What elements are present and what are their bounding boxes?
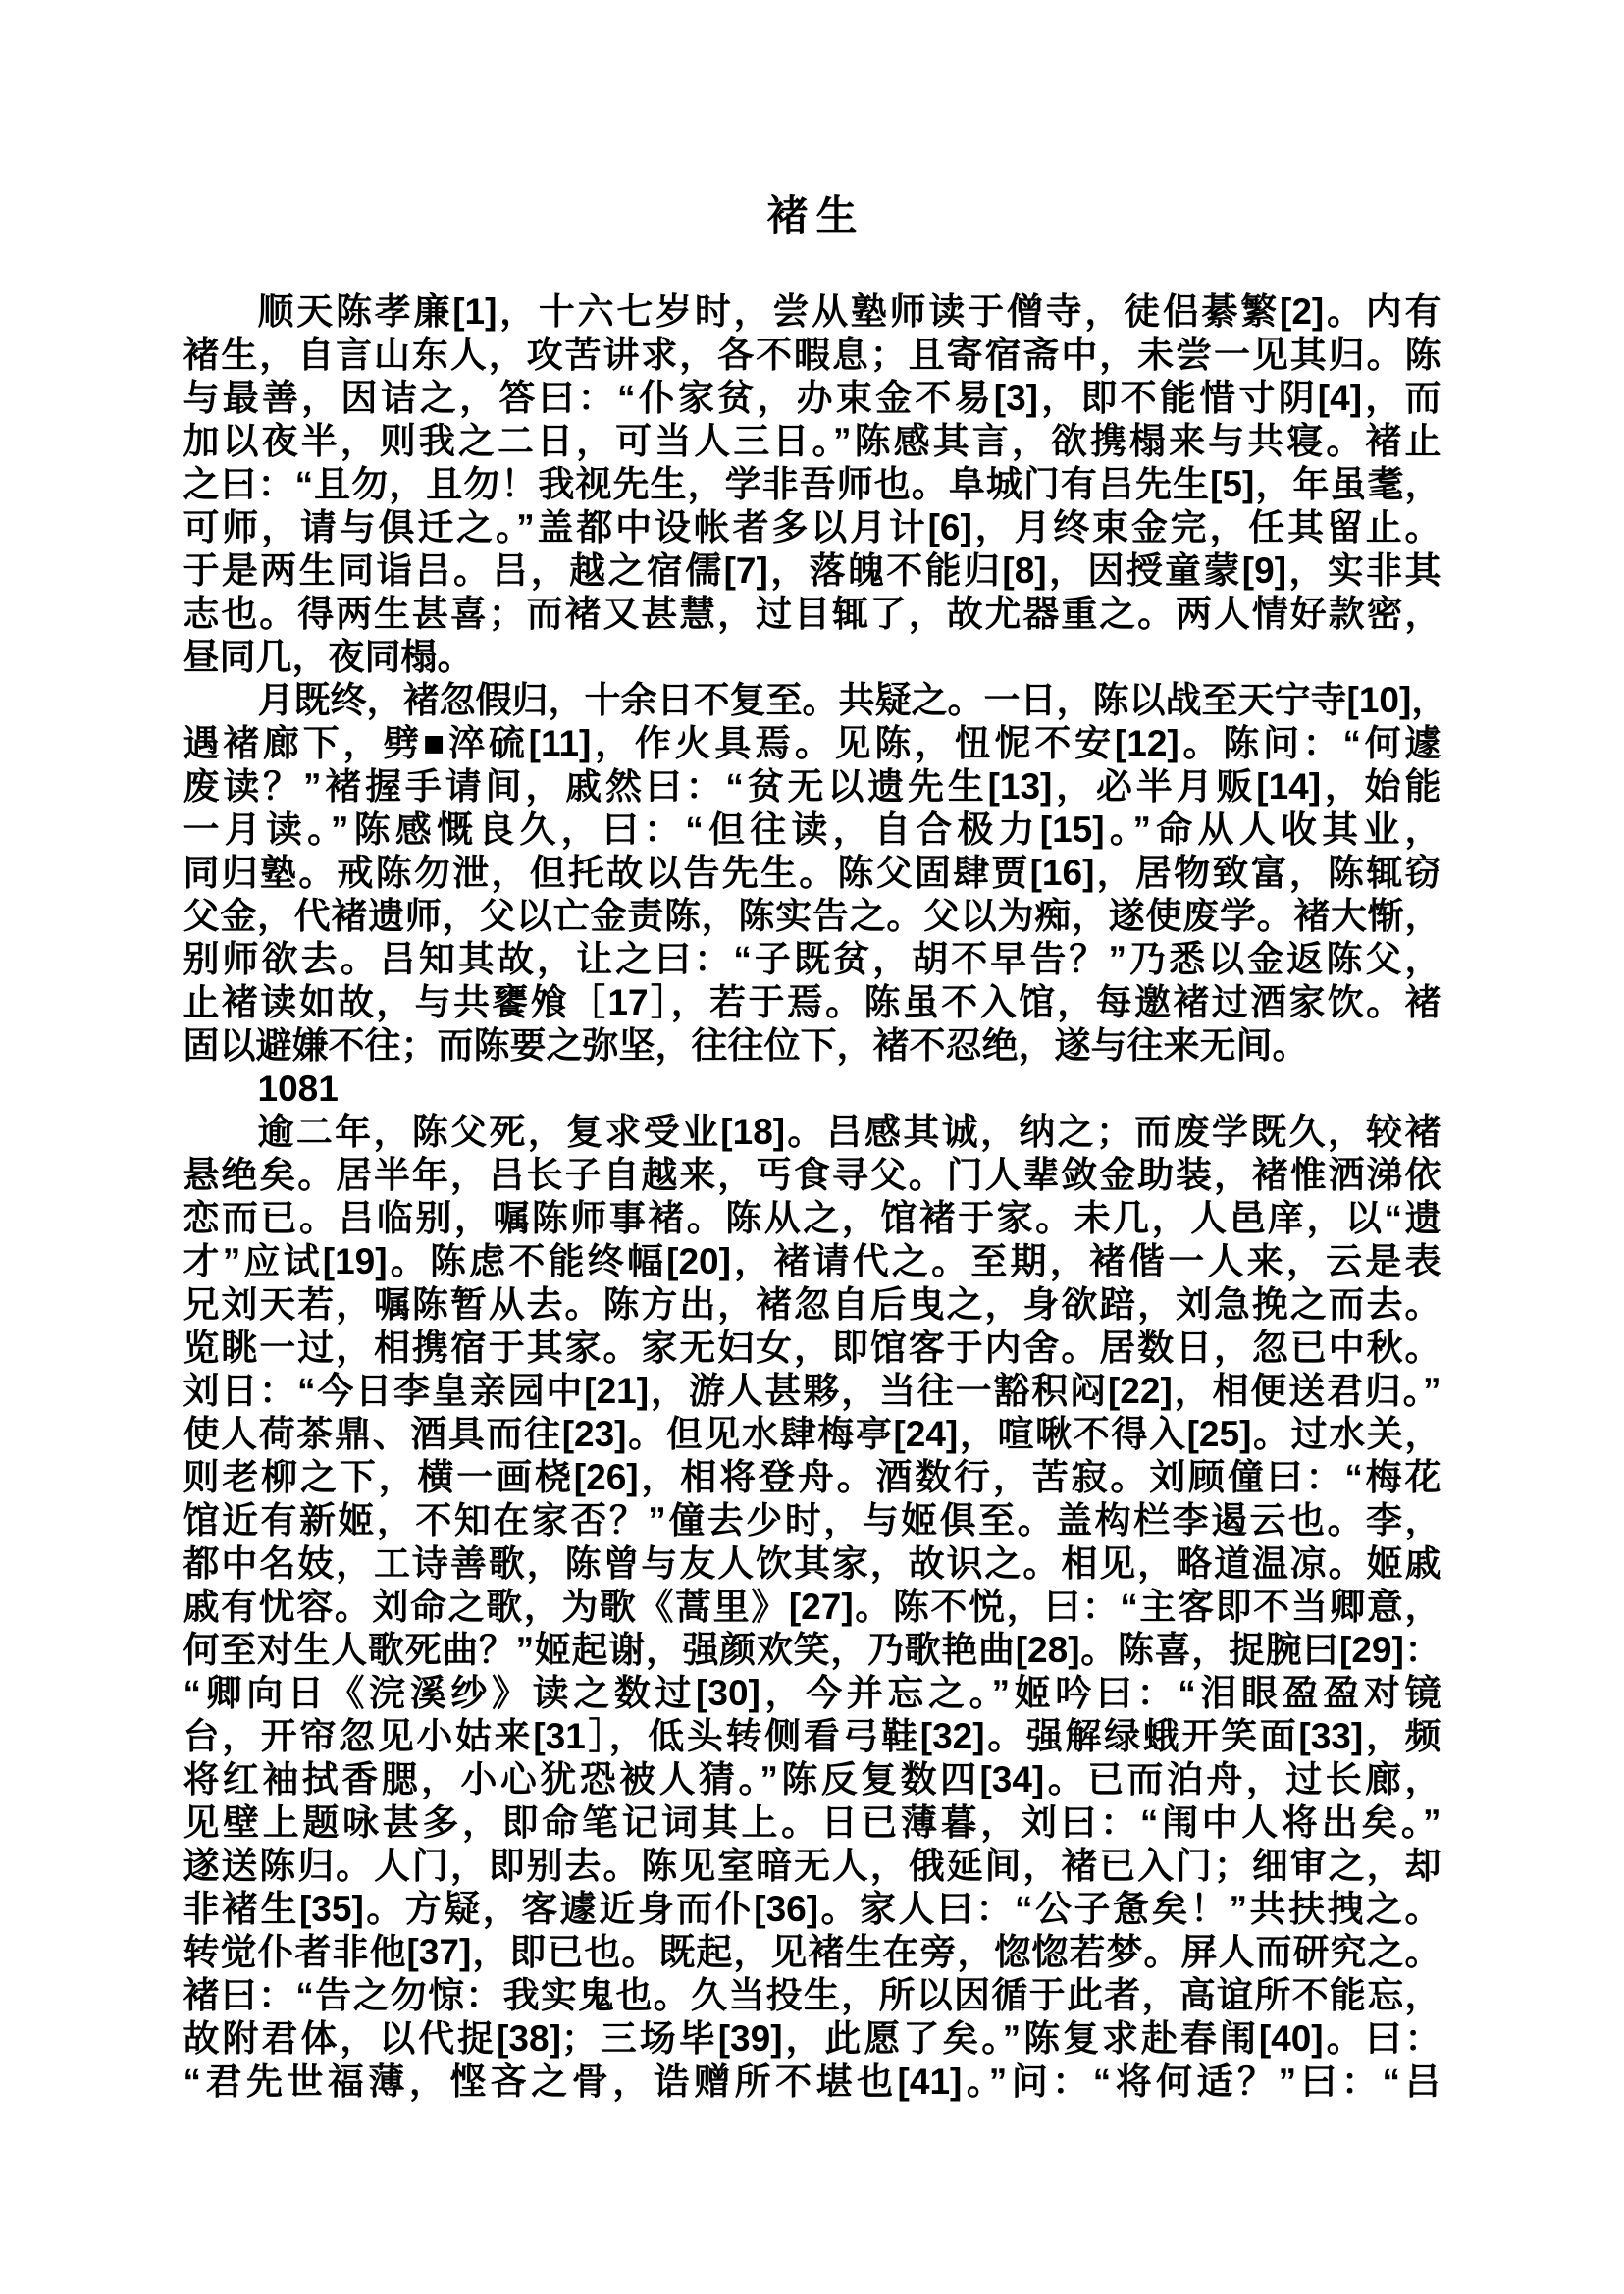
text-line: 刘日：“今日李皇亲园中[21]，游人甚夥，当往一豁积闷[22]，相便送君归。”: [183, 1370, 1441, 1413]
text-line: 月既终，褚忽假归，十余日不复至。共疑之。一日，陈以战至天宁寺[10]，: [183, 679, 1441, 722]
text-line: 转觉仆者非他[37]，即已也。既起，见褚生在旁，惚惚若梦。屏人而研究之。: [183, 1931, 1441, 1974]
text-line: 同归塾。戒陈勿泄，但托故以告先生。陈父固肆贾[16]，居物致富，陈辄窃: [183, 852, 1441, 895]
text-line: 加以夜半，则我之二日，可当人三日。”陈感其言，欲携榻来与共寝。褚止: [183, 420, 1441, 463]
text-line: 一月读。”陈感慨良久，曰：“但往读，自合极力[15]。”命从人收其业，: [183, 808, 1441, 852]
text-line: 馆近有新姬，不知在家否？”僮去少时，与姬俱至。盖构栏李遏云也。李，: [183, 1499, 1441, 1542]
text-line: 都中名妓，工诗善歌，陈曾与友人饮其家，故识之。相见，略道温凉。姬戚: [183, 1542, 1441, 1586]
page-title: 褚生: [0, 0, 1624, 239]
text-line: 志也。得两生甚喜；而褚又甚慧，过目辄了，故尤器重之。两人情好款密，: [183, 593, 1441, 636]
text-line: 之曰：“且勿，且勿！我视先生，学非吾师也。阜城门有吕先生[5]，年虽耄，: [183, 463, 1441, 506]
text-line: 与最善，因诘之，答曰：“仆家贫，办束金不易[3]，即不能惜寸阴[4]，而: [183, 377, 1441, 420]
text-line: 恋而已。吕临别，嘱陈师事褚。陈从之，馆褚于家。未几，人邑庠，以“遗: [183, 1197, 1441, 1240]
text-line: 览眺一过，相携宿于其家。家无妇女，即馆客于内舍。居数日，忽已中秋。: [183, 1327, 1441, 1370]
text-line: 逾二年，陈父死，复求受业[18]。吕感其诚，纳之；而废学既久，较褚: [183, 1111, 1441, 1154]
text-line: 父金，代褚遗师，父以亡金责陈，陈实告之。父以为痴，遂使废学。褚大惭，: [183, 895, 1441, 938]
text-line: 褚曰：“告之勿惊：我实鬼也。久当投生，所以因循于此者，高谊所不能忘，: [183, 1974, 1441, 2017]
text-line: 使人荷茶鼎、酒具而往[23]。但见水肆梅亭[24]，喧啾不得入[25]。过水关，: [183, 1413, 1441, 1456]
page-number: 1081: [183, 1068, 1441, 1111]
text-line: 遂送陈归。人门，即别去。陈见室暗无人，俄延间，褚已入门；细审之，却: [183, 1845, 1441, 1888]
text-line: 于是两生同诣吕。吕，越之宿儒[7]，落魄不能归[8]，因授童蒙[9]，实非其: [183, 549, 1441, 593]
text-line: 可师，请与俱迁之。”盖都中设帐者多以月计[6]，月终束金完，任其留止。: [183, 506, 1441, 549]
text-line: 才”应试[19]。陈虑不能终幅[20]，褚请代之。至期，褚偕一人来，云是表: [183, 1240, 1441, 1283]
text-line: 兄刘天若，嘱陈暂从去。陈方出，褚忽自后曳之，身欲踣，刘急挽之而去。: [183, 1283, 1441, 1327]
text-line: 见壁上题咏甚多，即命笔记词其上。日已薄暮，刘曰：“闱中人将出矣。”: [183, 1801, 1441, 1845]
document-page: 褚生 顺天陈孝廉[1]，十六七岁时，尝从塾师读于僧寺，徒侣綦繁[2]。内有褚生，…: [0, 0, 1624, 2294]
text-line: 别师欲去。吕知其故，让之曰：“子既贫，胡不早告？”乃悉以金返陈父，: [183, 938, 1441, 981]
text-line: “君先世福薄，悭吝之骨，诰赠所不堪也[41]。”问：“将何适？”曰：“吕: [183, 2060, 1441, 2104]
text-line: 昼同几，夜同榻。: [183, 636, 1441, 679]
text-line: 废读？”褚握手请间，戚然曰：“贫无以遗先生[13]，必半月贩[14]，始能: [183, 765, 1441, 808]
text-line: 顺天陈孝廉[1]，十六七岁时，尝从塾师读于僧寺，徒侣綦繁[2]。内有: [183, 290, 1441, 334]
text-line: 何至对生人歌死曲？”姬起谢，强颜欢笑，乃歌艳曲[28]。陈喜，捉腕曰[29]：: [183, 1629, 1441, 1672]
text-line: 戚有忧容。刘命之歌，为歌《蒿里》[27]。陈不悦，曰：“主客即不当卿意，: [183, 1586, 1441, 1629]
text-line: 遇褚廊下，劈■淬硫[11]，作火具焉。见陈，忸怩不安[12]。陈问：“何遽: [183, 722, 1441, 765]
text-line: “卿向日《浣溪纱》读之数过[30]，今并忘之。”姬吟曰：“泪眼盈盈对镜: [183, 1672, 1441, 1715]
text-line: 非褚生[35]。方疑，客遽近身而仆[36]。家人曰：“公子惫矣！”共扶拽之。: [183, 1888, 1441, 1931]
text-line: 止褚读如故，与共饔飧［17］，若于焉。陈虽不入馆，每邀褚过酒家饮。褚: [183, 981, 1441, 1024]
text-body: 顺天陈孝廉[1]，十六七岁时，尝从塾师读于僧寺，徒侣綦繁[2]。内有褚生，自言山…: [183, 290, 1441, 2104]
text-line: 则老柳之下，横一画桡[26]，相将登舟。酒数行，苦寂。刘顾僮曰：“梅花: [183, 1456, 1441, 1499]
text-line: 台，开帘忽见小姑来[31］，低头转侧看弓鞋[32]。强解绿蛾开笑面[33]，频: [183, 1715, 1441, 1758]
text-line: 悬绝矣。居半年，吕长子自越来，丐食寻父。门人辈敛金助装，褚惟洒涕依: [183, 1154, 1441, 1197]
text-line: 将红袖拭香腮，小心犹恐被人猜。”陈反复数四[34]。已而泊舟，过长廊，: [183, 1758, 1441, 1801]
text-line: 故附君体，以代捉[38]；三场毕[39]，此愿了矣。”陈复求赴春闱[40]。曰：: [183, 2017, 1441, 2060]
text-line: 固以避嫌不往；而陈要之弥坚，往往位下，褚不忍绝，遂与往来无间。: [183, 1024, 1441, 1068]
text-line: 褚生，自言山东人，攻苦讲求，各不暇息；且寄宿斋中，未尝一见其归。陈: [183, 334, 1441, 377]
